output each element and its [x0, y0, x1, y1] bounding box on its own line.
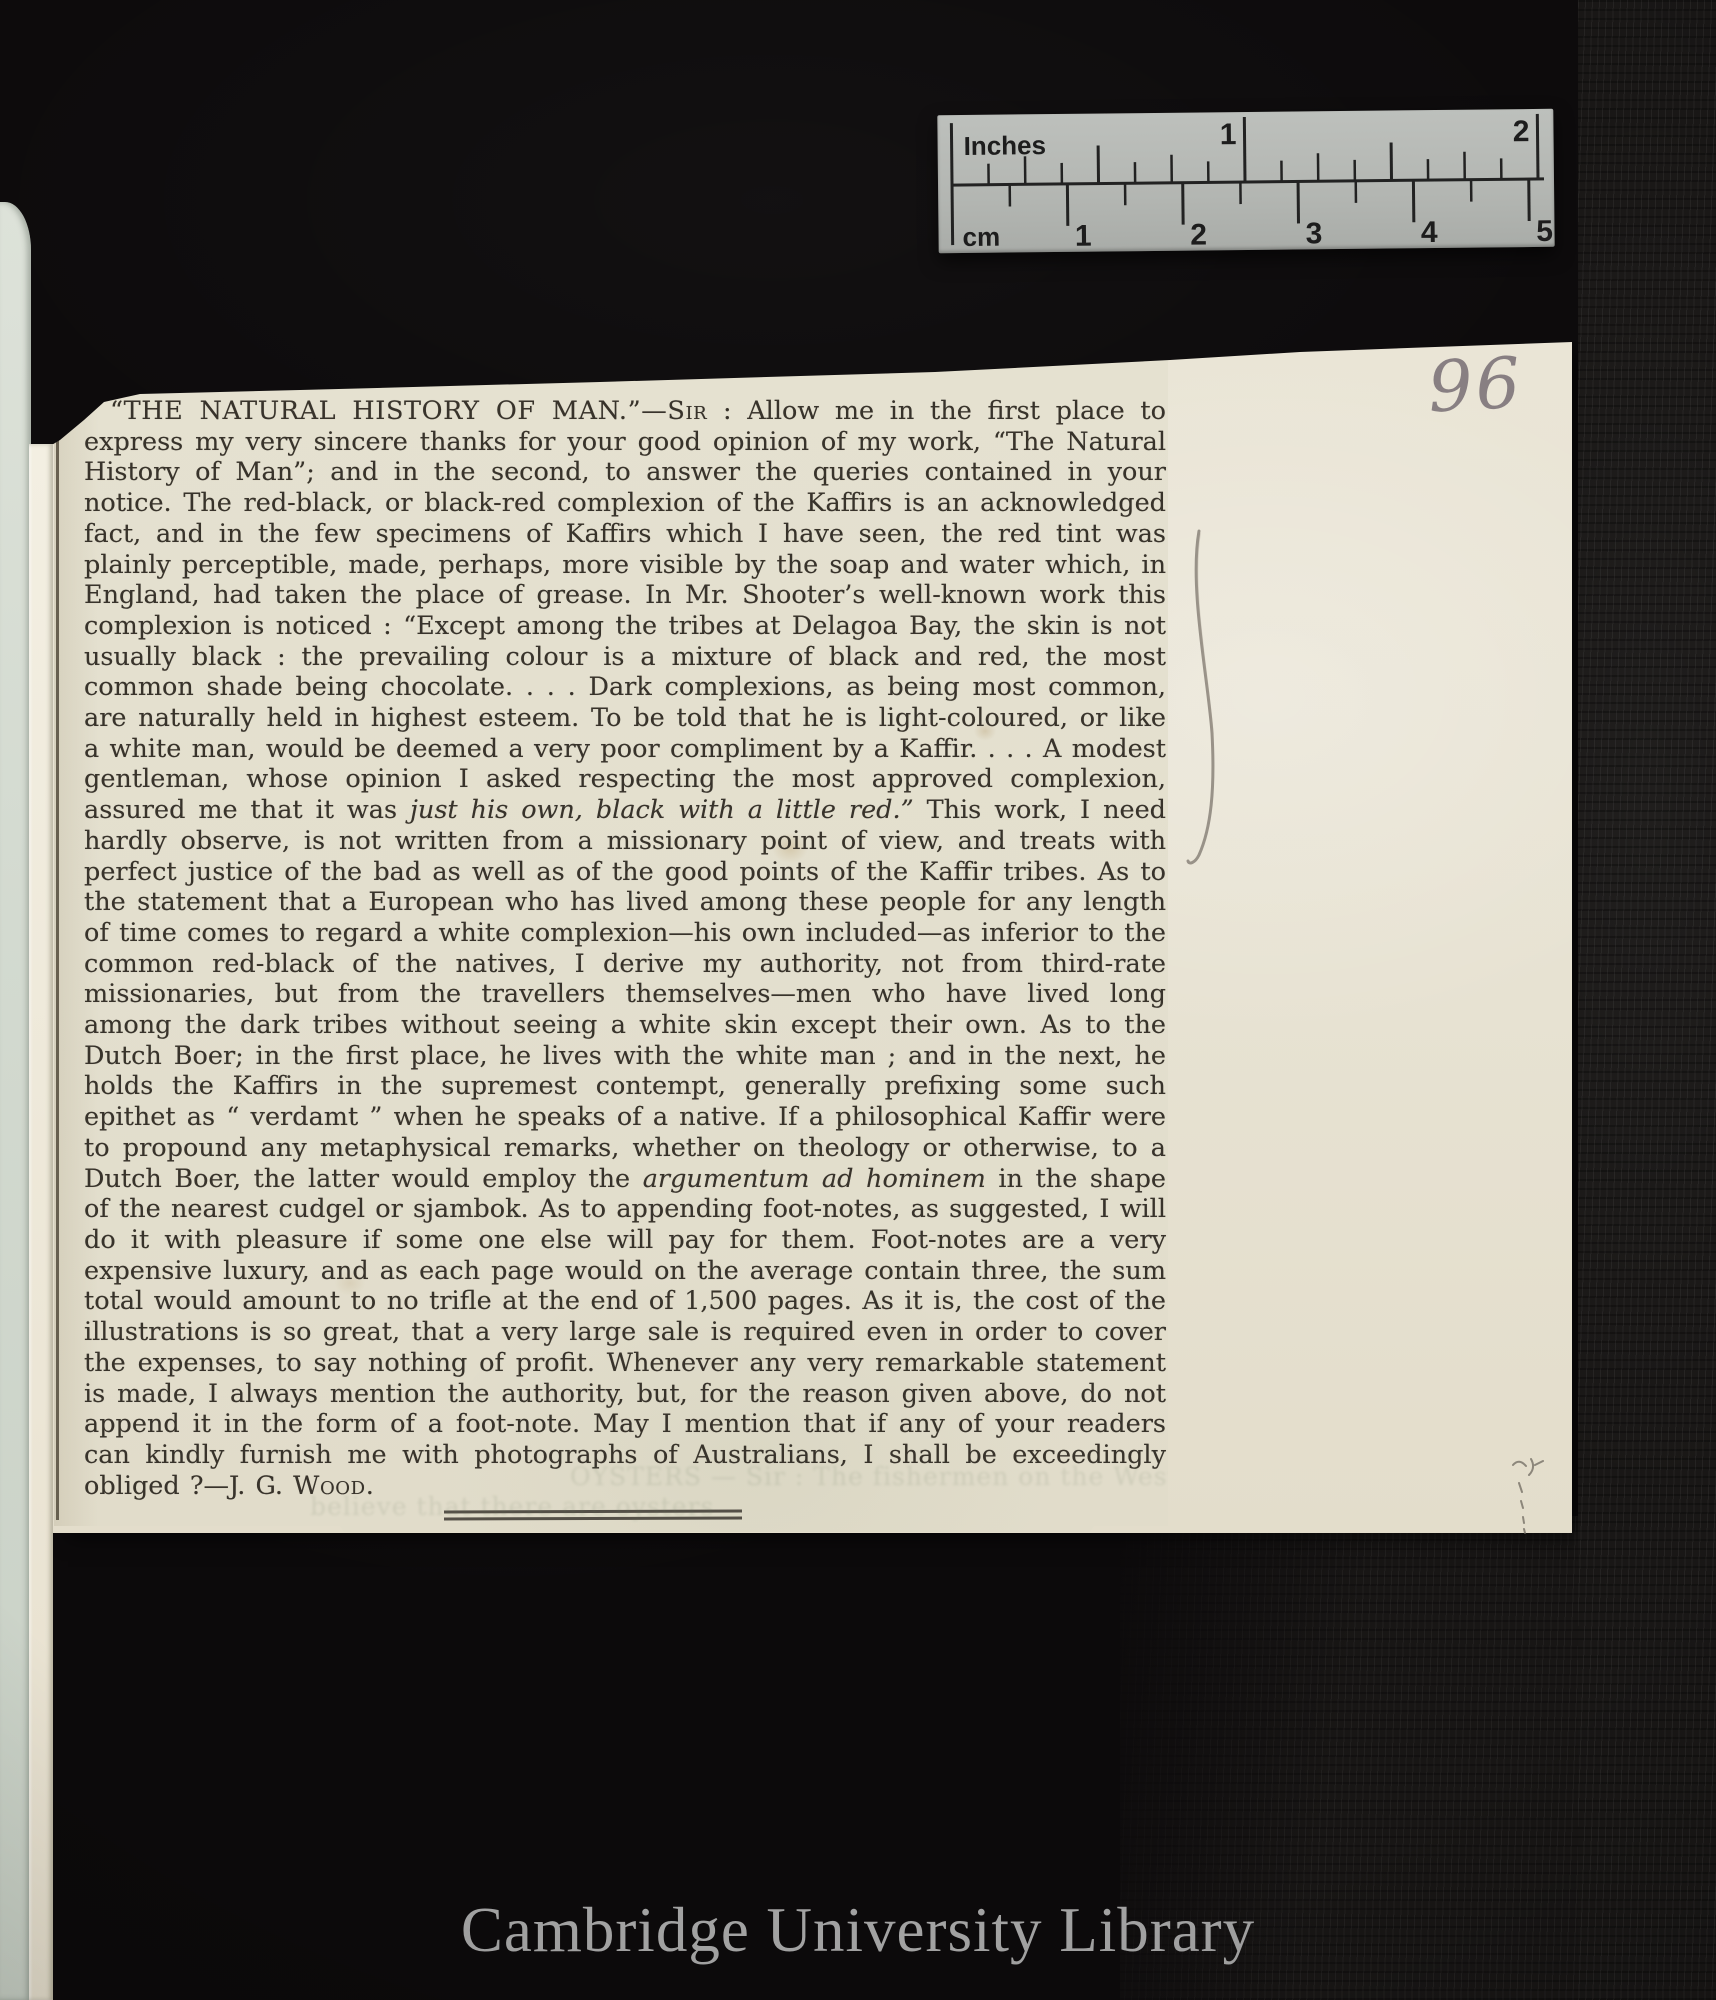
ruler-number: 5: [1536, 215, 1553, 248]
ruler-number: 4: [1421, 216, 1438, 249]
ruler-number: 2: [1513, 115, 1530, 148]
corner-scribble-mark: [1505, 1455, 1565, 1535]
ruler-cm-label: cm: [962, 222, 1000, 252]
library-watermark: Cambridge University Library: [461, 1894, 1255, 1967]
ruler-number: 1: [1075, 220, 1092, 253]
newspaper-clipping: “THE NATURAL HISTORY OF MAN.”—Sir : Allo…: [54, 358, 1168, 1532]
clipping-text-segment: in the shape of the nearest cudgel or sj…: [84, 1164, 1166, 1501]
ruler-number: 3: [1305, 217, 1322, 250]
cloth-texture-right: [1578, 0, 1716, 2000]
clipping-text-segment: This work, I need hardly observe, is not…: [84, 795, 1166, 1193]
clipping-text-segment: “THE NATURAL HISTORY OF MAN.”—: [110, 396, 667, 426]
clipping-text-segment: : Allow me in the first place to express…: [84, 396, 1166, 825]
ruler-inches-label: Inches: [963, 130, 1046, 161]
book-page-edge-inner: [29, 444, 53, 2000]
clipping-text-segment: argumentum ad hominem: [643, 1164, 986, 1194]
clipping-text: “THE NATURAL HISTORY OF MAN.”—Sir : Allo…: [84, 396, 1166, 1501]
column-rule: [56, 422, 59, 1520]
measurement-ruler: Inches cm 1212345: [937, 109, 1554, 253]
photo-stage: 96 “THE NATURAL HISTORY OF MAN.”—Sir : A…: [0, 0, 1716, 2000]
ruler-scale: Inches cm 1212345: [937, 109, 1554, 253]
ruler-number: 1: [1220, 118, 1237, 151]
clipping-text-segment: just his own, black with a little red.”: [410, 795, 914, 825]
ruler-number: 2: [1190, 218, 1207, 251]
clipping-text-segment: Sir: [667, 396, 707, 426]
page-number-annotation: 96: [1426, 342, 1525, 429]
show-through-text-line2: believe that there are oysters: [310, 1492, 714, 1521]
pencil-bracket-mark: [1186, 528, 1230, 868]
book-page-edge-outer: [0, 202, 31, 2000]
